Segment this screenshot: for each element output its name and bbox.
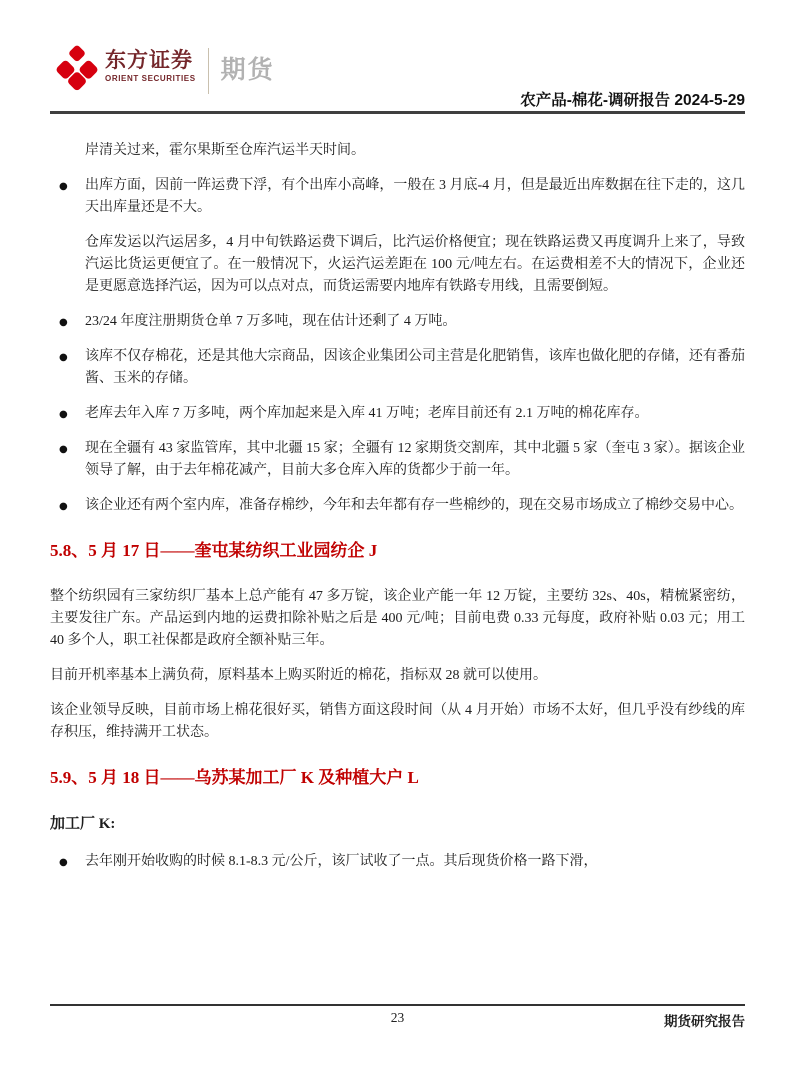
header-rule — [50, 111, 745, 114]
section-heading: 5.8、5 月 17 日——奎屯某纺织工业园纺企 J — [50, 539, 745, 562]
orient-securities-logo: 东方证券 ORIENT SECURITIES 期货 — [54, 44, 275, 96]
bullet-icon: ● — [59, 347, 68, 369]
bullet-item: ●该库不仅存棉花，还是其他大宗商品，因该企业集团公司主营是化肥销售，该库也做化肥… — [50, 346, 745, 390]
bullet-item: ●现在全疆有 43 家监管库，其中北疆 15 家；全疆有 12 家期货交割库，其… — [50, 438, 745, 482]
report-type-label: 期货研究报告 — [664, 1010, 745, 1030]
brand-name-cn: 东方证券 — [105, 50, 196, 71]
bullet-icon: ● — [59, 496, 68, 518]
bullet-text: 该企业还有两个室内库，准备存棉纱，今年和去年都有存一些棉纱的，现在交易市场成立了… — [85, 498, 743, 513]
bullet-text: 23/24 年度注册期货仓单 7 万多吨，现在估计还剩了 4 万吨。 — [85, 314, 456, 329]
sub-heading: 加工厂 K: — [50, 813, 745, 835]
bullet-text: 该库不仅存棉花，还是其他大宗商品，因该企业集团公司主营是化肥销售，该库也做化肥的… — [85, 349, 745, 386]
logo-divider — [208, 48, 209, 94]
bullet-text: 老库去年入库 7 万多吨，两个库加起来是入库 41 万吨；老库目前还有 2.1 … — [85, 406, 649, 421]
document-body: 岸清关过来，霍尔果斯至仓库汽运半天时间。●出库方面，因前一阵运费下浮，有个出库小… — [50, 140, 745, 886]
document-title: 农产品-棉花-调研报告 2024-5-29 — [520, 88, 745, 110]
orient-securities-logo-icon — [54, 44, 100, 96]
section-heading: 5.9、5 月 18 日——乌苏某加工厂 K 及种植大户 L — [50, 766, 745, 789]
report-paragraph: 整个纺织园有三家纺织厂基本上总产能有 47 多万锭，该企业产能一年 12 万锭，… — [50, 586, 745, 652]
report-paragraph-indented: 仓库发运以汽运居多，4 月中旬铁路运费下调后，比汽运价格便宜；现在铁路运费又再度… — [50, 232, 745, 298]
report-page: 东方证券 ORIENT SECURITIES 期货 农产品-棉花-调研报告 20… — [0, 0, 793, 1077]
bullet-icon: ● — [59, 176, 68, 198]
bullet-item: ●出库方面，因前一阵运费下浮，有个出库小高峰，一般在 3 月底-4 月，但是最近… — [50, 175, 745, 219]
bullet-item: ●去年刚开始收购的时候 8.1-8.3 元/公斤，该厂试收了一点。其后现货价格一… — [50, 851, 745, 873]
bullet-icon: ● — [59, 312, 68, 334]
report-paragraph: 目前开机率基本上满负荷，原料基本上购买附近的棉花，指标双 28 就可以使用。 — [50, 665, 745, 687]
division-label: 期货 — [221, 44, 275, 96]
bullet-item: ●老库去年入库 7 万多吨，两个库加起来是入库 41 万吨；老库目前还有 2.1… — [50, 403, 745, 425]
brand-name-en: ORIENT SECURITIES — [105, 74, 196, 84]
footer-rule — [50, 1004, 745, 1006]
bullet-icon: ● — [59, 852, 68, 874]
bullet-icon: ● — [59, 439, 68, 461]
bullet-icon: ● — [59, 404, 68, 426]
bullet-item: ●23/24 年度注册期货仓单 7 万多吨，现在估计还剩了 4 万吨。 — [50, 311, 745, 333]
bullet-item: ●该企业还有两个室内库，准备存棉纱，今年和去年都有存一些棉纱的，现在交易市场成立… — [50, 495, 745, 517]
report-paragraph-indented: 岸清关过来，霍尔果斯至仓库汽运半天时间。 — [50, 140, 745, 162]
page-footer: 23 期货研究报告 — [50, 1010, 745, 1032]
brand-text: 东方证券 ORIENT SECURITIES — [105, 44, 196, 84]
page-header: 东方证券 ORIENT SECURITIES 期货 农产品-棉花-调研报告 20… — [50, 40, 745, 112]
bullet-text: 出库方面，因前一阵运费下浮，有个出库小高峰，一般在 3 月底-4 月，但是最近出… — [85, 178, 745, 215]
page-number: 23 — [50, 1010, 745, 1026]
bullet-text: 去年刚开始收购的时候 8.1-8.3 元/公斤，该厂试收了一点。其后现货价格一路… — [85, 854, 598, 869]
bullet-text: 现在全疆有 43 家监管库，其中北疆 15 家；全疆有 12 家期货交割库，其中… — [85, 441, 745, 478]
report-paragraph: 该企业领导反映，目前市场上棉花很好买，销售方面这段时间（从 4 月开始）市场不太… — [50, 700, 745, 744]
